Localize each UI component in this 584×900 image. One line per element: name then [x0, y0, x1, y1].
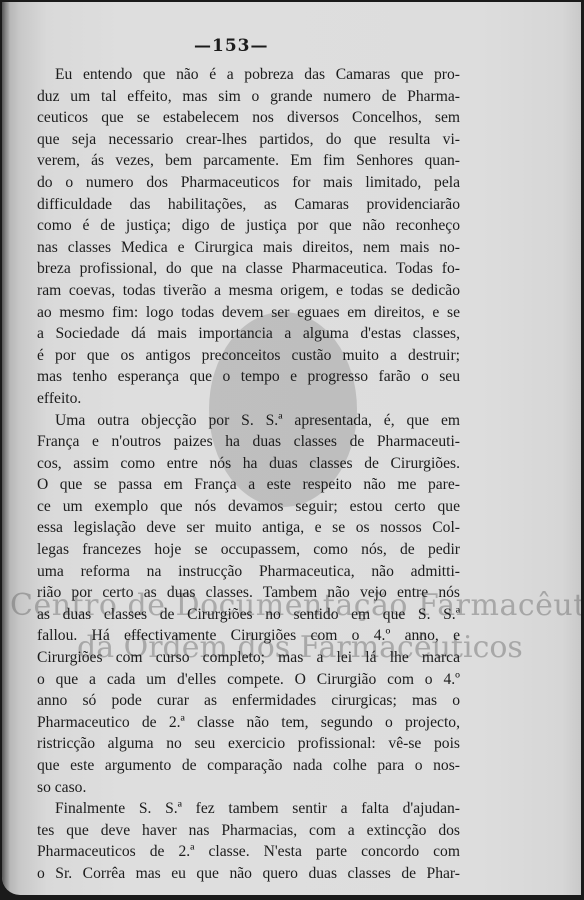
- text-line: que seja necessario crear-lhes partidos,…: [37, 129, 460, 151]
- text-line: ram coevas, todas tiverão a mesma origem…: [37, 280, 460, 302]
- text-line: ao mesmo fim: logo todas devem ser eguae…: [37, 302, 460, 324]
- text-line: rião por certo as duas classes. Tambem n…: [37, 582, 460, 604]
- text-line: do o numero dos Pharmaceuticos for mais …: [37, 172, 460, 194]
- text-line: nas classes Medica e Cirurgica mais dire…: [37, 237, 460, 259]
- text-line: cos, assim como entre nós ha duas classe…: [37, 453, 460, 475]
- scanned-page: Centro de Documentação Farmacêutica da O…: [2, 2, 581, 895]
- text-line: Pharmaceuticos de 2.ª classe. N'esta par…: [37, 841, 460, 863]
- text-line: as duas classes de Cirurgiões no sentido…: [37, 604, 460, 626]
- text-line: fallou. Há effectivamente Cirurgiões com…: [37, 625, 460, 647]
- text-line: tes que deve haver nas Pharmacias, com a…: [37, 820, 460, 842]
- text-line: uma reforma na instrucção Pharmaceutica,…: [37, 561, 460, 583]
- text-line: França e n'outros paizes ha duas classes…: [37, 431, 460, 453]
- text-line: o Sr. Corrêa mas eu que não quero duas c…: [37, 863, 460, 885]
- text-line: verem, ás vezes, bem parcamente. Em fim …: [37, 150, 460, 172]
- text-line: breza profissional, do que na classe Pha…: [37, 258, 460, 280]
- text-line: duz um tal effeito, mas sim o grande num…: [37, 86, 460, 108]
- text-line: effeito.: [37, 388, 460, 410]
- text-line: O que se passa em França a este respeito…: [37, 474, 460, 496]
- text-line: legas francezes hoje se occupassem, como…: [37, 539, 460, 561]
- text-line: ristricção alguma no seu exercicio profi…: [37, 733, 460, 755]
- text-line: difficuldade das habilitações, as Camara…: [37, 194, 460, 216]
- text-line: que este argumento de comparação nada co…: [37, 755, 460, 777]
- body-text: Eu entendo que não é a pobreza das Camar…: [37, 64, 460, 885]
- text-line: Finalmente S. S.ª fez tambem sentir a fa…: [37, 798, 460, 820]
- spine-shadow: [2, 2, 10, 895]
- text-line: ceuticos que se estabelecem nos diversos…: [37, 107, 460, 129]
- text-line: Cirurgiões com curso completo; mas a lei…: [37, 647, 460, 669]
- text-line: mas tenho esperança que o tempo e progre…: [37, 366, 460, 388]
- text-line: ce um exemplo que nós devamos seguir; es…: [37, 496, 460, 518]
- text-line: essa legislação deve ser muito antiga, e…: [37, 517, 460, 539]
- text-line: Pharmaceutico de 2.ª classe não tem, seg…: [37, 712, 460, 734]
- text-line: como é de justiça; digo de justiça por q…: [37, 215, 460, 237]
- text-line: so caso.: [37, 777, 460, 799]
- text-line: Uma outra objecção por S. S.ª apresentad…: [37, 410, 460, 432]
- text-line: a Sociedade dá mais importancia a alguma…: [37, 323, 460, 345]
- text-line: anno só pode curar as enfermidades cirur…: [37, 690, 460, 712]
- text-line: o que a cada um d'elles compete. O Cirur…: [37, 669, 460, 691]
- page-number: —153—: [2, 36, 581, 56]
- text-line: Eu entendo que não é a pobreza das Camar…: [37, 64, 460, 86]
- text-line: é por que os antigos preconceitos custão…: [37, 345, 460, 367]
